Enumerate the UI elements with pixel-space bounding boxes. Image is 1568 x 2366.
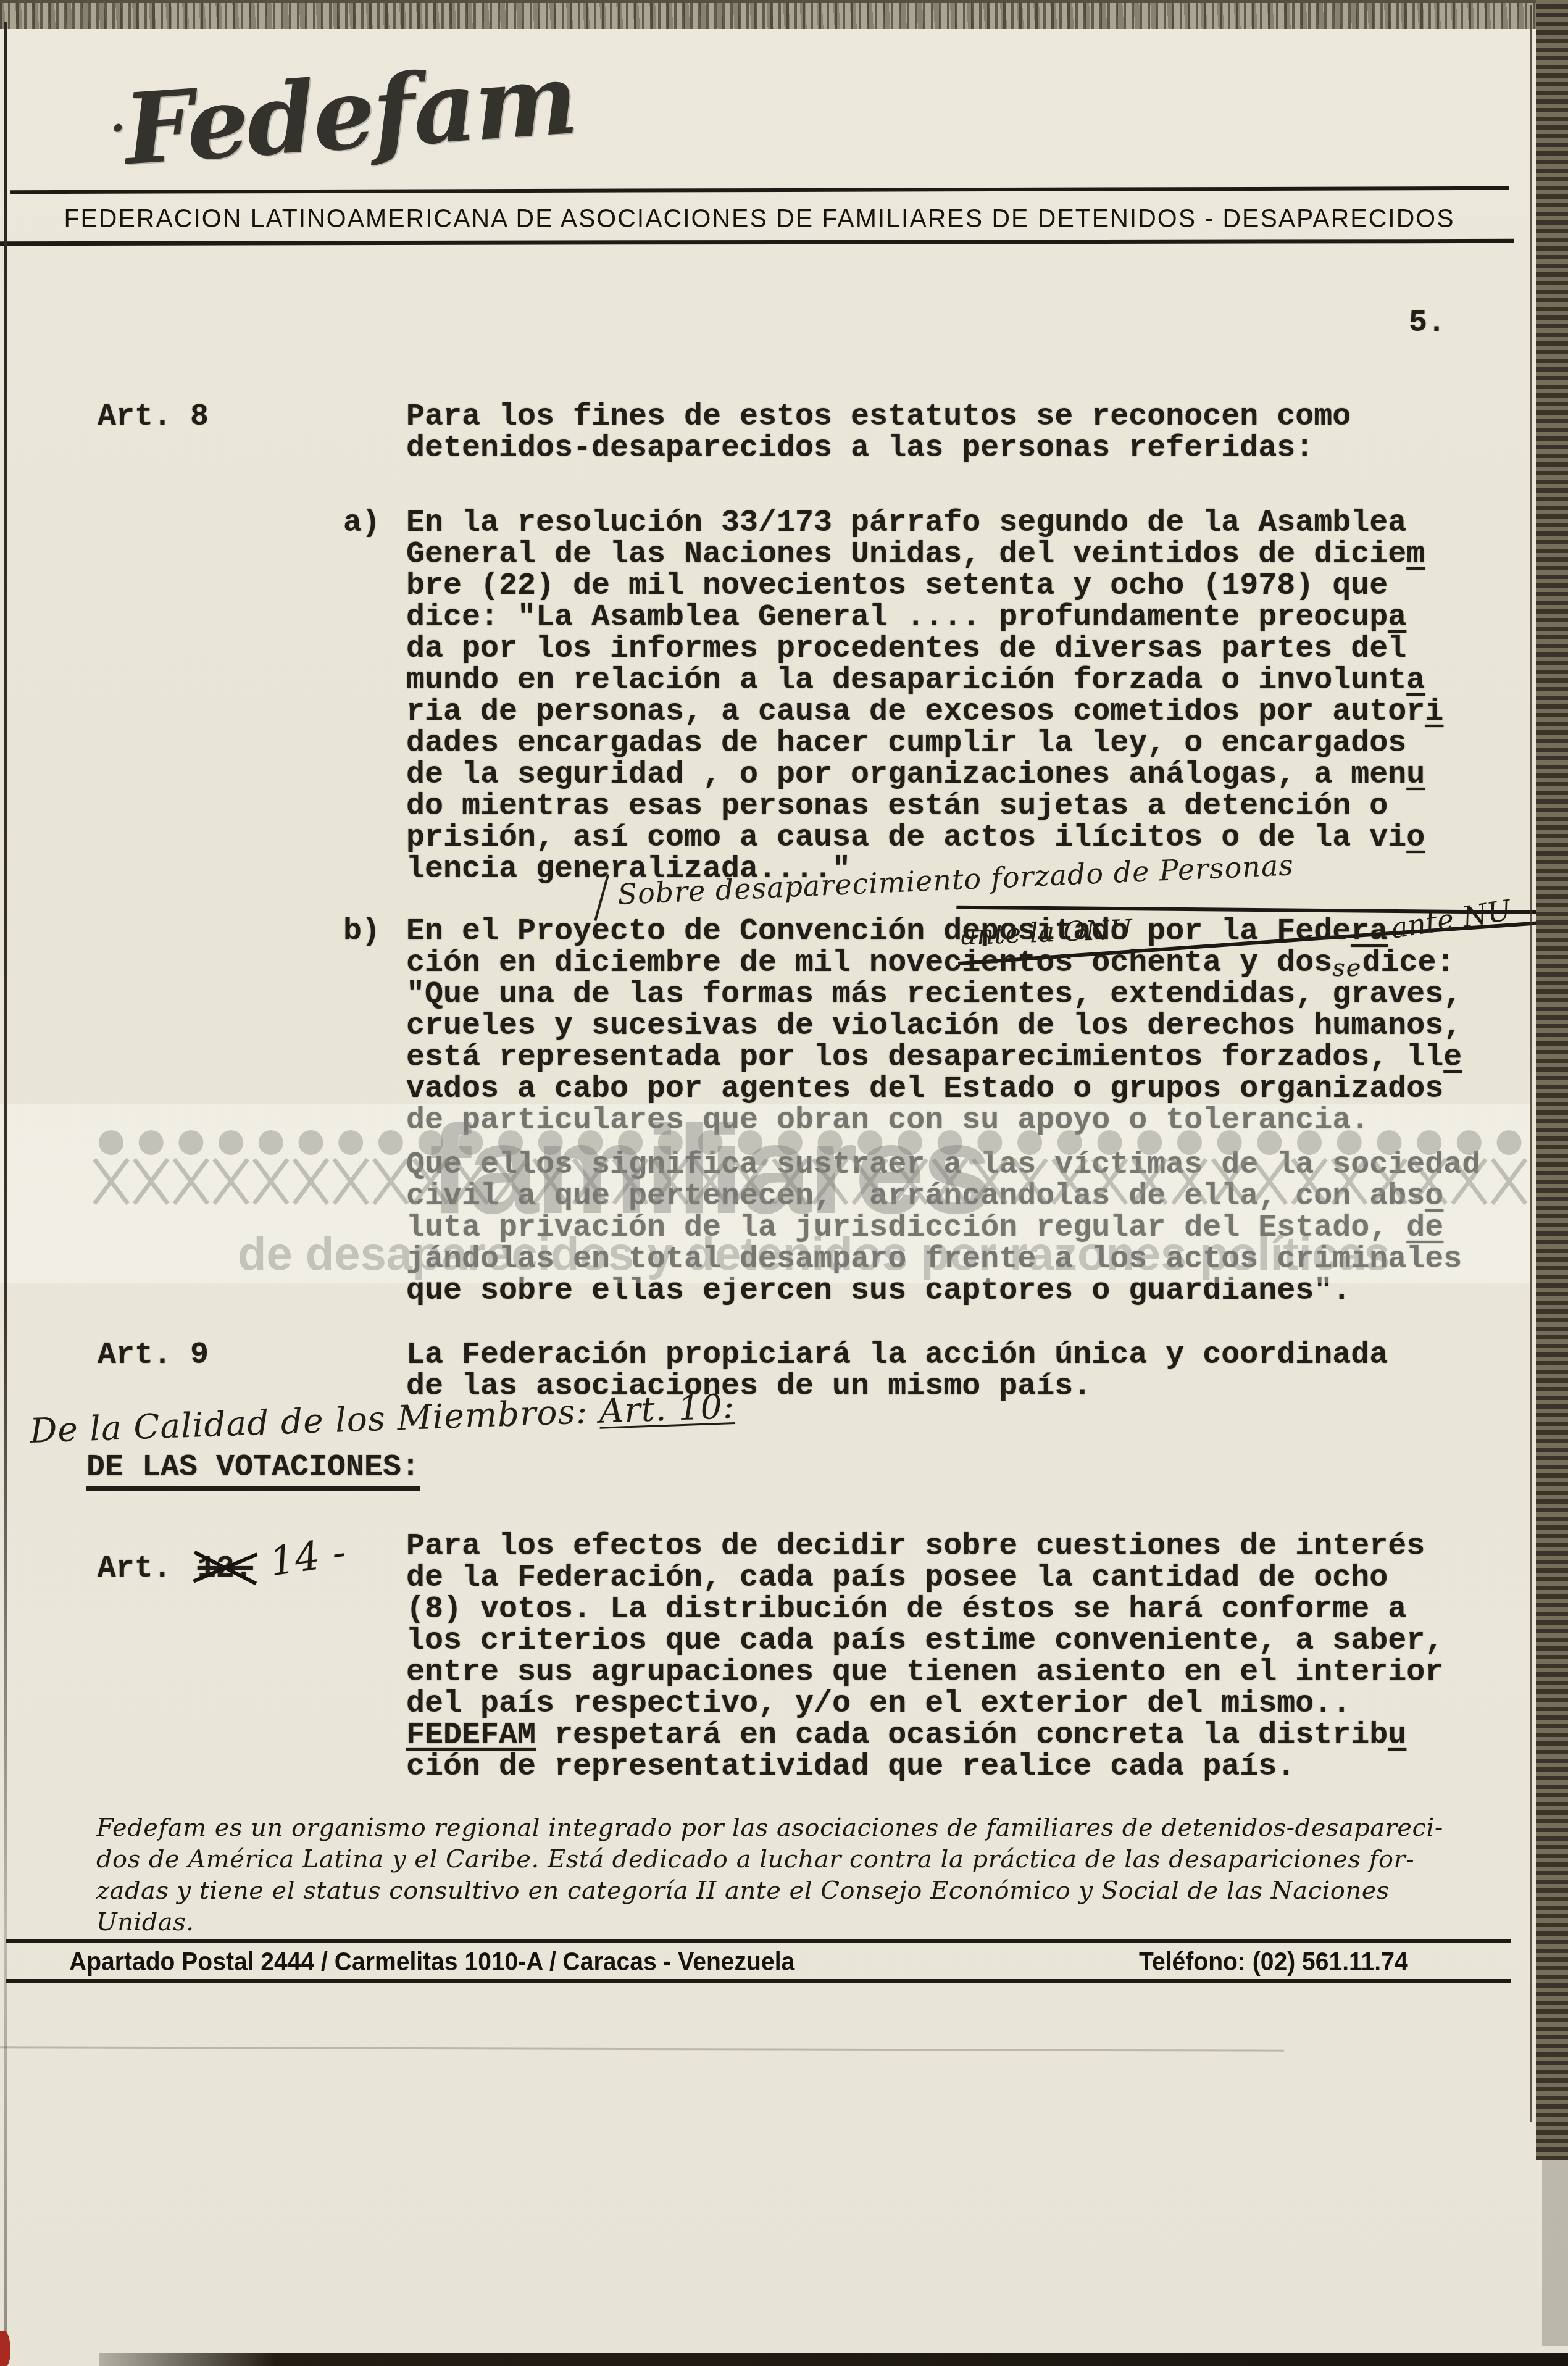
text-line: ción de representatividad que realice ca… [406,1751,1443,1783]
handwritten-number: 14 - [267,1530,349,1585]
footer-divider-bottom [6,1979,1511,1983]
scan-right-edge [1536,0,1568,2160]
footer-divider-top [6,1939,1511,1943]
text-line: del país respectivo, y/o en el exterior … [406,1688,1443,1720]
red-pen-mark [0,2331,10,2366]
fedefam-logo: ·Fedefam [107,51,578,180]
scan-right-edge-line [1530,5,1532,2122]
item-a-marker: a) [343,507,380,539]
text-line: do mientras esas personas están sujetas … [406,791,1443,822]
text-line: FEDEFAM respetará en cada ocasión concre… [406,1720,1443,1751]
scanned-document: ·Fedefam FEDERACION LATINOAMERICANA DE A… [0,0,1568,2366]
item-a-text: En la resolución 33/173 párrafo segundo … [406,507,1443,885]
crossed-out-number: 12. [198,1551,253,1586]
text-line: General de las Naciones Unidas, del vein… [406,539,1443,570]
scan-bottom-edge [99,2353,1568,2366]
page-number: 5. [1409,307,1446,339]
text-line: ción en diciembre de mil novecientos och… [406,948,1462,979]
footer-description: Fedefam es un organismo regional integra… [96,1814,1443,1939]
text-line: detenidos-desaparecidos a las personas r… [406,433,1351,464]
text-line: (8) votos. La distribución de éstos se h… [406,1594,1443,1625]
text-line: está representada por los desaparecimien… [406,1042,1462,1073]
article-9-label: Art. 9 [98,1339,209,1371]
phone-number: Teléfono: (02) 561.11.74 [1139,1947,1408,1977]
votaciones-heading: DE LAS VOTACIONES: [86,1452,420,1491]
text-line: Para los fines de estos estatutos se rec… [406,401,1351,433]
text-line: de la Federación, cada país posee la can… [406,1562,1443,1594]
text-line: "Que una de las formas más recientes, ex… [406,979,1462,1010]
text-line: Para los efectos de decidir sobre cuesti… [406,1531,1443,1562]
text-line: bre (22) de mil novecientos setenta y oc… [406,570,1443,602]
text-line: ria de personas, a causa de excesos come… [406,696,1443,728]
text-line: los criterios que cada país estime conve… [406,1625,1443,1657]
article-14-text: Para los efectos de decidir sobre cuesti… [406,1531,1443,1783]
text-line: dades encargadas de hacer cumplir la ley… [406,728,1443,759]
text-line: de la seguridad , o por organizaciones a… [406,759,1443,791]
watermark-word: familiares [429,1106,989,1233]
text-line: En la resolución 33/173 párrafo segundo … [406,507,1443,539]
text-line: mundo en relación a la desaparición forz… [406,665,1443,696]
text-line: zadas y tiene el status consultivo en ca… [96,1877,1443,1908]
text-line: dice: "La Asamblea General .... profunda… [406,602,1443,633]
watermark-motto: de desaparecidos y detenidos por razones… [238,1227,1390,1281]
article-8-label: Art. 8 [98,401,209,433]
text-line: Fedefam es un organismo regional integra… [96,1814,1443,1845]
text-line: La Federación propiciará la acción única… [406,1339,1388,1371]
article-14-label: Art.12.14 - [86,1530,346,1597]
organization-name: FEDERACION LATINOAMERICANA DE ASOCIACION… [12,203,1506,233]
text-line: Unidas. [96,1908,1443,1939]
scan-left-edge [4,22,7,2356]
letterhead-divider-bottom [0,239,1514,246]
postal-address: Apartado Postal 2444 / Carmelitas 1010-A… [69,1947,794,1977]
scratch-line [0,2046,1284,2051]
letterhead-divider-top [10,186,1509,194]
text-line: dos de América Latina y el Caribe. Está … [96,1845,1443,1877]
logo-text: Fedefam [121,42,580,188]
item-b-marker: b) [343,916,380,948]
art-word: Art. [98,1551,172,1586]
text-line: da por los informes procedentes de diver… [406,633,1443,665]
scan-top-edge [0,0,1568,29]
scan-right-edge-fade [1542,2160,1568,2346]
text-line: entre sus agrupaciones que tienen asient… [406,1657,1443,1688]
handwritten-members-note: De la Calidad de los Miembros: Art. 10: [29,1386,735,1451]
handwritten-art10: Art. 10: [599,1386,736,1431]
article-8-text: Para los fines de estos estatutos se rec… [406,401,1351,464]
text-line: En el Proyecto de Convención depositado … [406,916,1462,948]
text-line: crueles y sucesivas de violación de los … [406,1010,1462,1042]
